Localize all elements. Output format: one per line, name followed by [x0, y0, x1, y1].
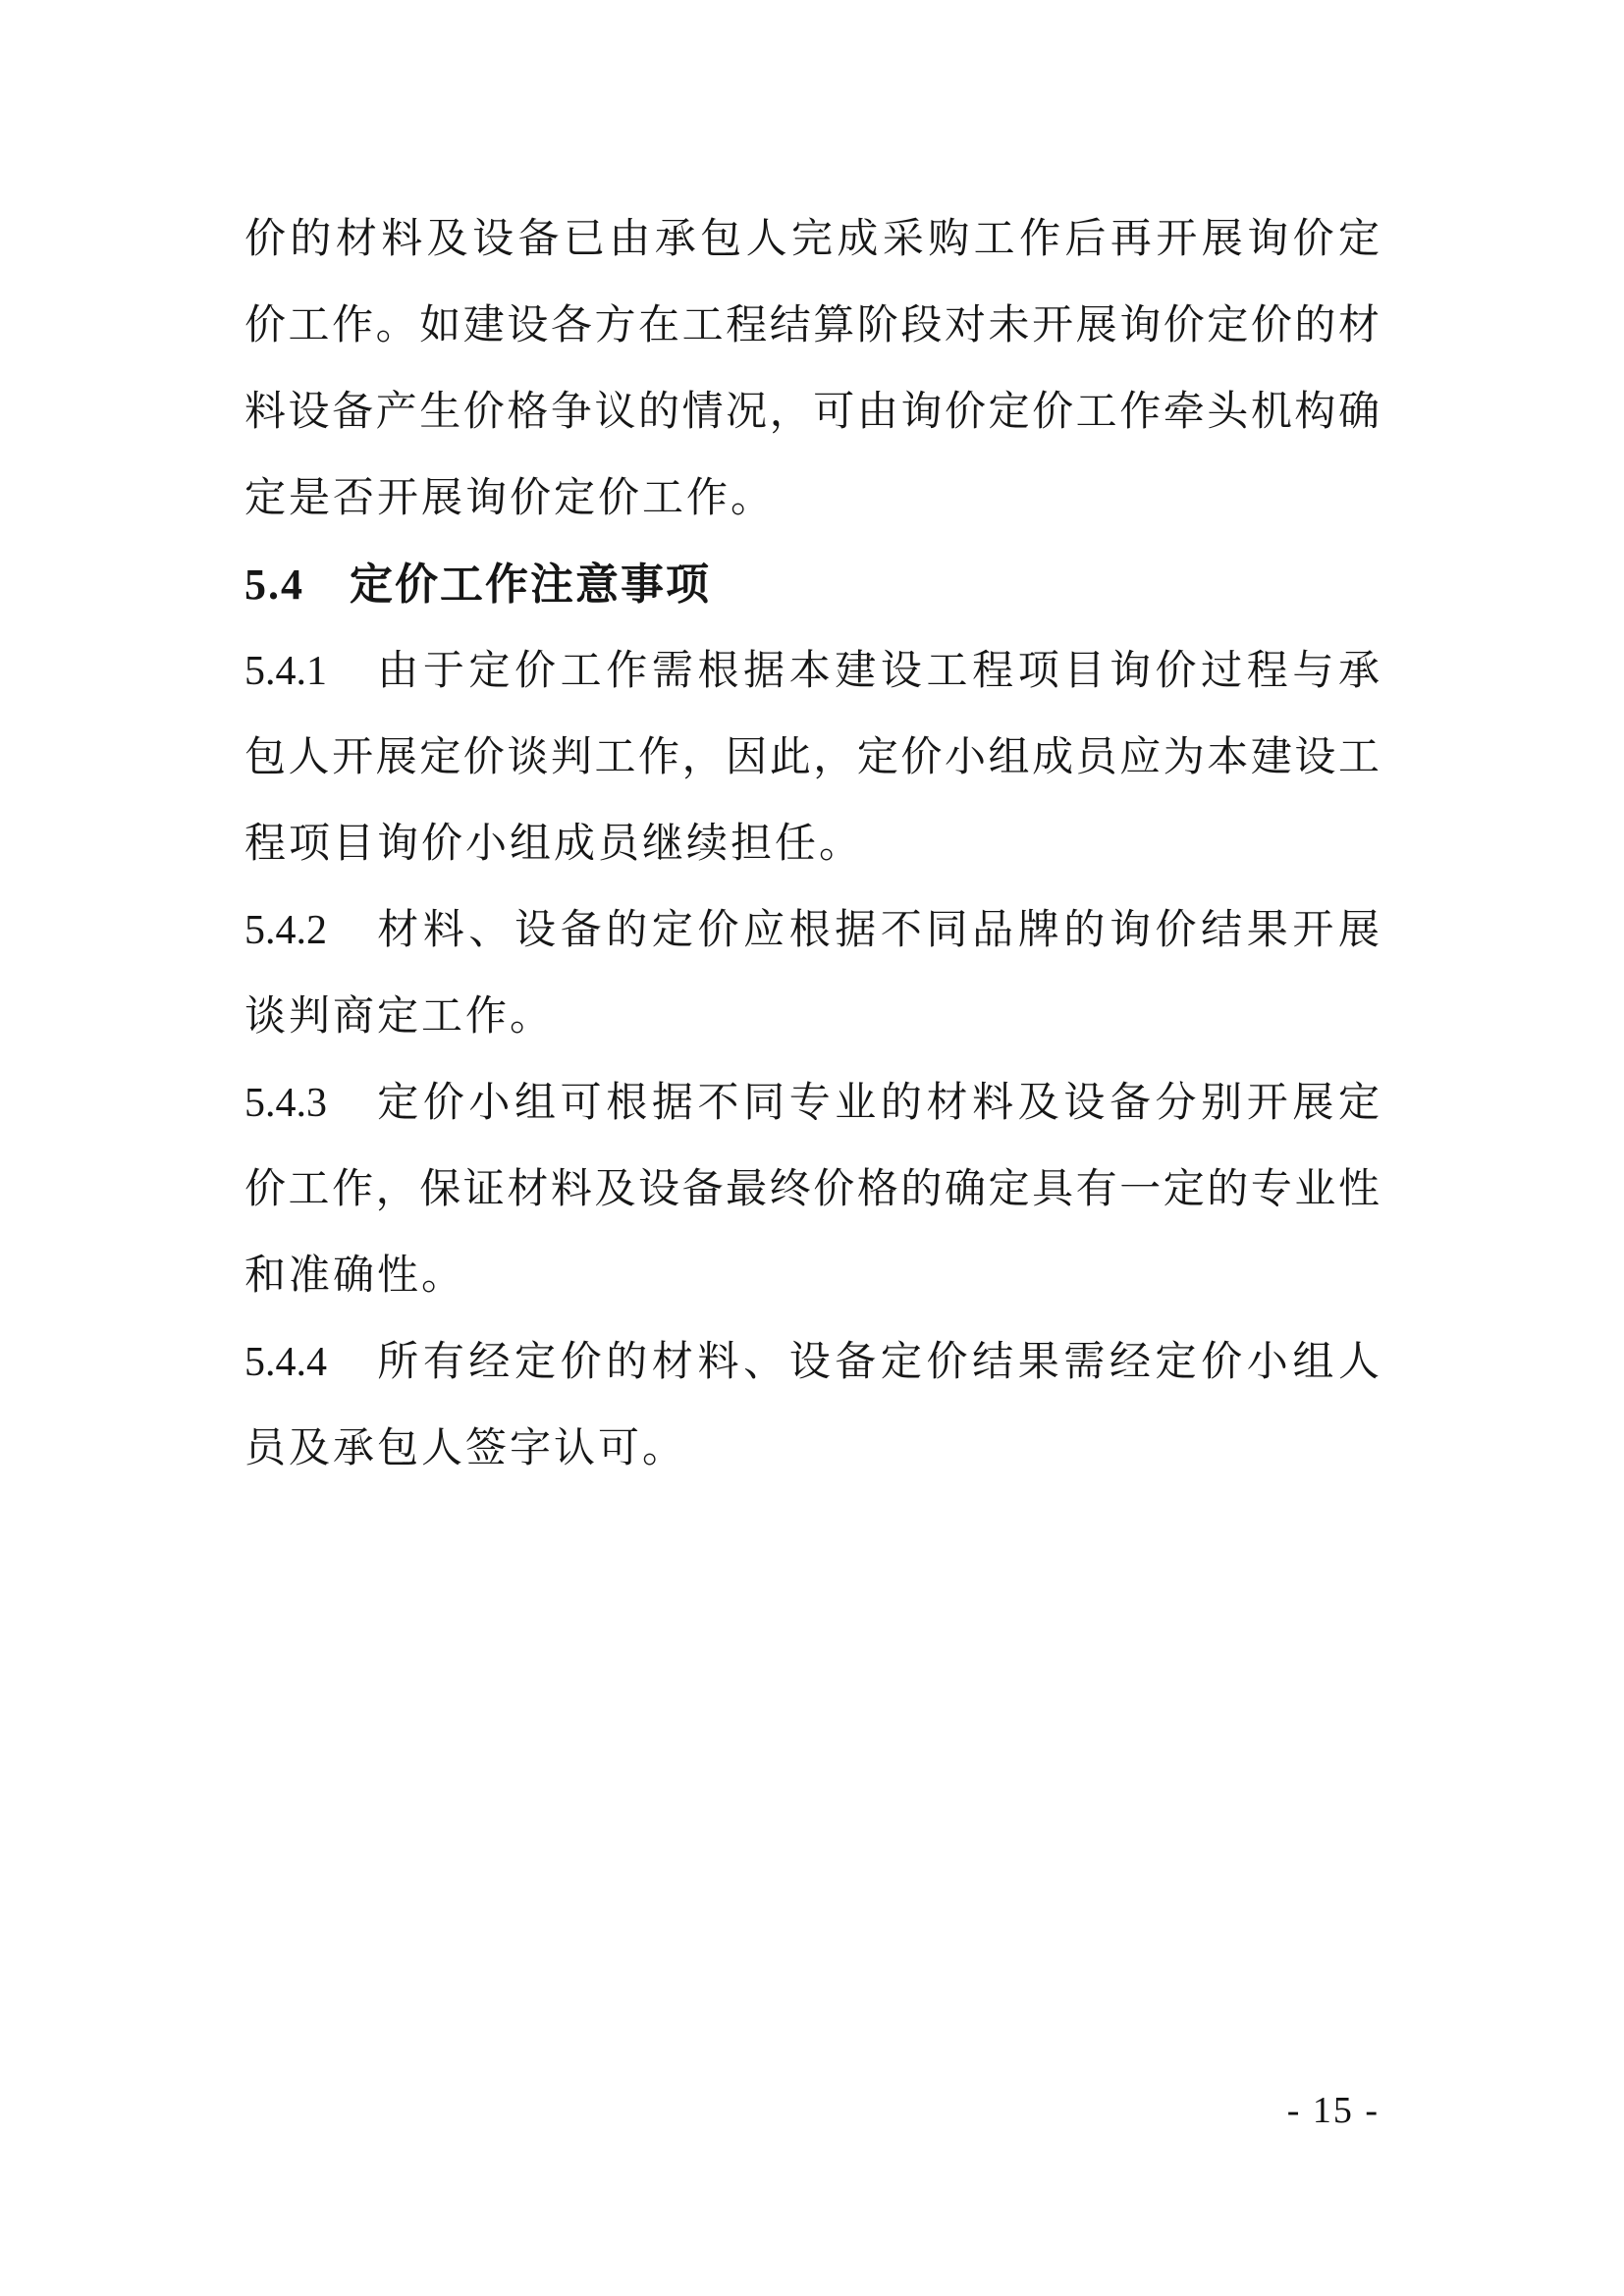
clause-line: 5.4.2 材料、设备的定价应根据不同品牌的询价结果开展 — [244, 887, 1380, 974]
paragraph-line: 定是否开展询价定价工作。 — [244, 455, 1380, 542]
clause-line: 包人开展定价谈判工作，因此，定价小组成员应为本建设工 — [244, 715, 1380, 801]
paragraph-line: 价工作。如建设各方在工程结算阶段对未开展询价定价的材 — [244, 283, 1380, 369]
section-heading: 5.4 定价工作注意事项 — [244, 542, 1380, 628]
clause-line: 谈判商定工作。 — [244, 974, 1380, 1060]
paragraph-line: 价的材料及设备已由承包人完成采购工作后再开展询价定 — [244, 196, 1380, 283]
clause-line: 员及承包人签字认可。 — [244, 1406, 1380, 1492]
document-page: 价的材料及设备已由承包人完成采购工作后再开展询价定 价工作。如建设各方在工程结算… — [0, 0, 1624, 2296]
clause-line: 价工作，保证材料及设备最终价格的确定具有一定的专业性 — [244, 1147, 1380, 1233]
clause-line: 5.4.4 所有经定价的材料、设备定价结果需经定价小组人 — [244, 1319, 1380, 1406]
clause-line: 和准确性。 — [244, 1233, 1380, 1319]
clause-line: 5.4.3 定价小组可根据不同专业的材料及设备分别开展定 — [244, 1060, 1380, 1147]
paragraph-line: 料设备产生价格争议的情况，可由询价定价工作牵头机构确 — [244, 369, 1380, 455]
page-number: - 15 - — [1287, 2087, 1380, 2134]
document-body: 价的材料及设备已由承包人完成采购工作后再开展询价定 价工作。如建设各方在工程结算… — [244, 196, 1380, 1492]
clause-line: 5.4.1 由于定价工作需根据本建设工程项目询价过程与承 — [244, 628, 1380, 715]
clause-line: 程项目询价小组成员继续担任。 — [244, 801, 1380, 887]
